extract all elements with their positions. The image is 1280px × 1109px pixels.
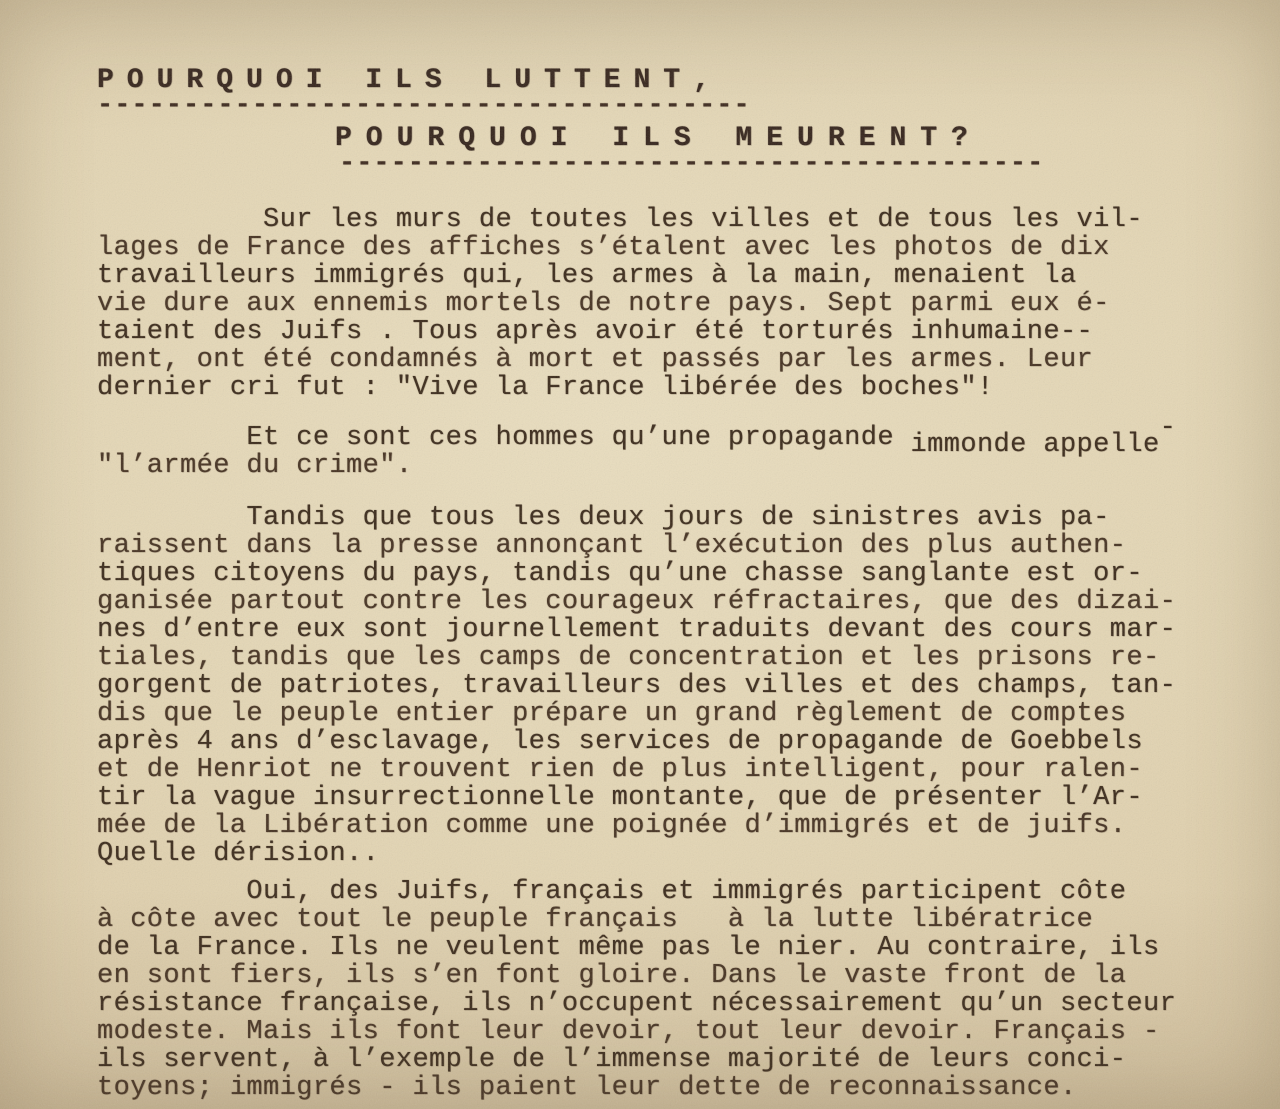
- text-line: tiques citoyens du pays, tandis qu’une c…: [97, 560, 1220, 588]
- paragraph-tandis-que: Tandis que tous les deux jours de sinist…: [97, 504, 1220, 868]
- typewritten-sheet: POURQUOI ILS LUTTENT, ------------------…: [0, 0, 1280, 1102]
- text-line: après 4 ans d’esclavage, les services de…: [97, 728, 1220, 756]
- text-line: mée de la Libération comme une poignée d…: [97, 812, 1220, 840]
- text-line: tir la vague insurrectionnelle montante,…: [97, 784, 1220, 812]
- text-line: Oui, des Juifs, français et immigrés par…: [97, 878, 1220, 906]
- text-line: Tandis que tous les deux jours de sinist…: [97, 504, 1220, 532]
- text-line: et de Henriot ne trouvent rien de plus i…: [97, 756, 1220, 784]
- text-line: Quelle dérision..: [97, 840, 1220, 868]
- text-line: résistance française, ils n’occupent néc…: [97, 990, 1220, 1018]
- text-segment-offset: immonde appelle: [911, 431, 1160, 459]
- text-line: nes d’entre eux sont journellement tradu…: [97, 616, 1220, 644]
- document-page: POURQUOI ILS LUTTENT, ------------------…: [0, 0, 1280, 1109]
- paragraph-affiches: Sur les murs de toutes les villes et de …: [97, 206, 1220, 402]
- stray-hyphen-mark: -: [1160, 414, 1177, 442]
- text-line: gorgent de patriotes, travailleurs des v…: [97, 672, 1220, 700]
- text-line: lages de France des affiches s’étalent a…: [97, 234, 1220, 262]
- text-line: de la France. Ils ne veulent même pas le…: [97, 934, 1220, 962]
- text-line: travailleurs immigrés qui, les armes à l…: [97, 262, 1220, 290]
- paragraph-armee-du-crime: Et ce sont ces hommes qu’une propagande …: [97, 424, 1220, 480]
- text-line: Sur les murs de toutes les villes et de …: [97, 206, 1220, 234]
- paragraph-oui-des-juifs: Oui, des Juifs, français et immigrés par…: [97, 878, 1220, 1102]
- text-line: à côte avec tout le peuple français à la…: [97, 906, 1220, 934]
- text-line: ment, ont été condamnés à mort et passés…: [97, 346, 1220, 374]
- text-line: Et ce sont ces hommes qu’une propagande …: [97, 424, 1220, 452]
- text-line: en sont fiers, ils s’en font gloire. Dan…: [97, 962, 1220, 990]
- text-line: vie dure aux ennemis mortels de notre pa…: [97, 290, 1220, 318]
- text-line: tiales, tandis que les camps de concentr…: [97, 644, 1220, 672]
- text-segment: Et ce sont ces hommes qu’une propagande: [97, 423, 911, 453]
- text-line: dernier cri fut : "Vive la France libéré…: [97, 374, 1220, 402]
- title-underline-2: ----------------------------------------…: [339, 156, 1220, 172]
- title-underline-1: --------------------------------------: [97, 98, 1220, 114]
- text-line: ils servent, à l’exemple de l’immense ma…: [97, 1046, 1220, 1074]
- text-line: toyens; immigrés - ils paient leur dette…: [97, 1074, 1220, 1102]
- text-line: modeste. Mais ils font leur devoir, tout…: [97, 1018, 1220, 1046]
- text-line: raissent dans la presse annonçant l’exéc…: [97, 532, 1220, 560]
- text-line: dis que le peuple entier prépare un gran…: [97, 700, 1220, 728]
- text-line: ganisée partout contre les courageux réf…: [97, 588, 1220, 616]
- text-line: taient des Juifs . Tous après avoir été …: [97, 318, 1220, 346]
